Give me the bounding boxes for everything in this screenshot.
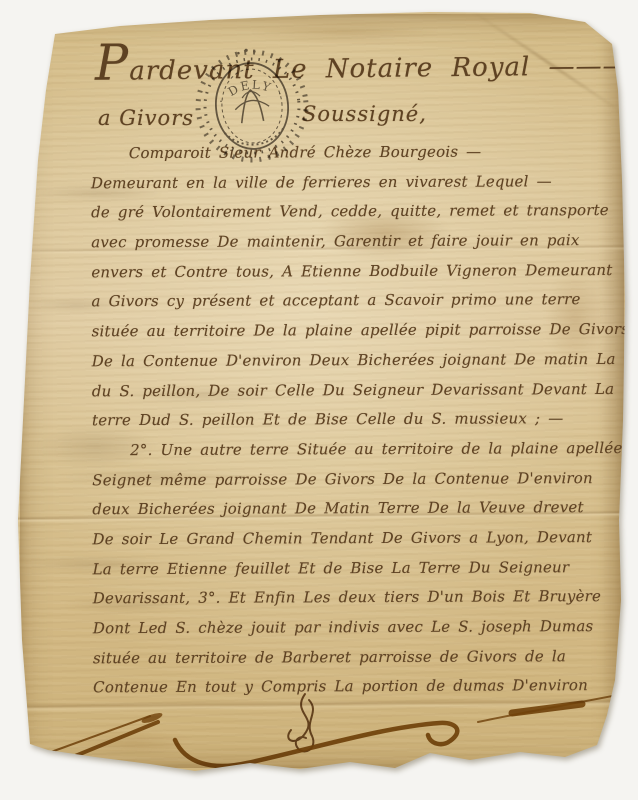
manuscript-line-10: terre Dud S. peillon Et de Bise Celle du…: [92, 409, 638, 441]
manuscript-line-6: a Givors cy présent et acceptant a Scavo…: [91, 290, 638, 322]
flourish-swoosh: [175, 723, 457, 766]
manuscript-line-17: Dont Led S. chèze jouit par indivis avec…: [93, 617, 638, 649]
manuscript-line-18: située au territoire de Barberet parrois…: [93, 646, 638, 678]
scanned-document: Pardevant Le Notaire Royal ——— a Givors …: [0, 0, 638, 800]
opening-line: Pardevant Le Notaire Royal ———: [95, 51, 630, 87]
manuscript-line-7: située au territoire De la plaine apellé…: [92, 320, 638, 352]
manuscript-line-9: du S. peillon, De soir Celle Du Seigneur…: [92, 379, 638, 411]
manuscript-line-3: de gré Volontairement Vend, cedde, quitt…: [91, 201, 638, 233]
manuscript-line-4: avec promesse De maintenir, Garentir et …: [91, 231, 638, 263]
manuscript-line-15: La terre Etienne feuillet Et de Bise La …: [93, 557, 638, 589]
place-line-left: a Givors: [98, 106, 194, 130]
pen-flourishes: [0, 688, 638, 800]
flourish-left-stroke-thick: [58, 722, 158, 763]
manuscript-line-16: Devarissant, 3°. Et Enfin Les deux tiers…: [93, 587, 638, 619]
manuscript-line-11: 2°. Une autre terre Située au territoire…: [92, 439, 638, 471]
manuscript-body: Comparoit Sieur André Chèze Bourgeois — …: [91, 142, 638, 709]
paper-shadow: Pardevant Le Notaire Royal ——— a Givors …: [0, 0, 638, 800]
manuscript-line-8: De la Contenue D'environ Deux Bicherées …: [92, 350, 638, 382]
flourish-right-stroke-blob: [512, 704, 582, 713]
manuscript-line-1: Comparoit Sieur André Chèze Bourgeois —: [91, 142, 638, 174]
parchment-sheet: Pardevant Le Notaire Royal ——— a Givors …: [0, 0, 638, 800]
top-edge-stain: [250, 22, 440, 42]
manuscript-line-13: deux Bicherées joignant De Matin Terre D…: [92, 498, 638, 530]
manuscript-line-14: De soir Le Grand Chemin Tendant De Givor…: [92, 528, 638, 560]
place-line-right: Soussigné,: [302, 102, 427, 126]
manuscript-line-2: Demeurant en la ville de ferrieres en vi…: [91, 171, 638, 203]
manuscript-line-5: envers et Contre tous, A Etienne Bodbuil…: [91, 261, 638, 293]
notarial-stamp-icon: · DELY ·: [192, 40, 312, 170]
manuscript-line-12: Seignet même parroisse De Givors De la C…: [92, 468, 638, 500]
flourish-left-stroke-thin: [40, 716, 150, 756]
signature-paraph: [288, 694, 313, 751]
